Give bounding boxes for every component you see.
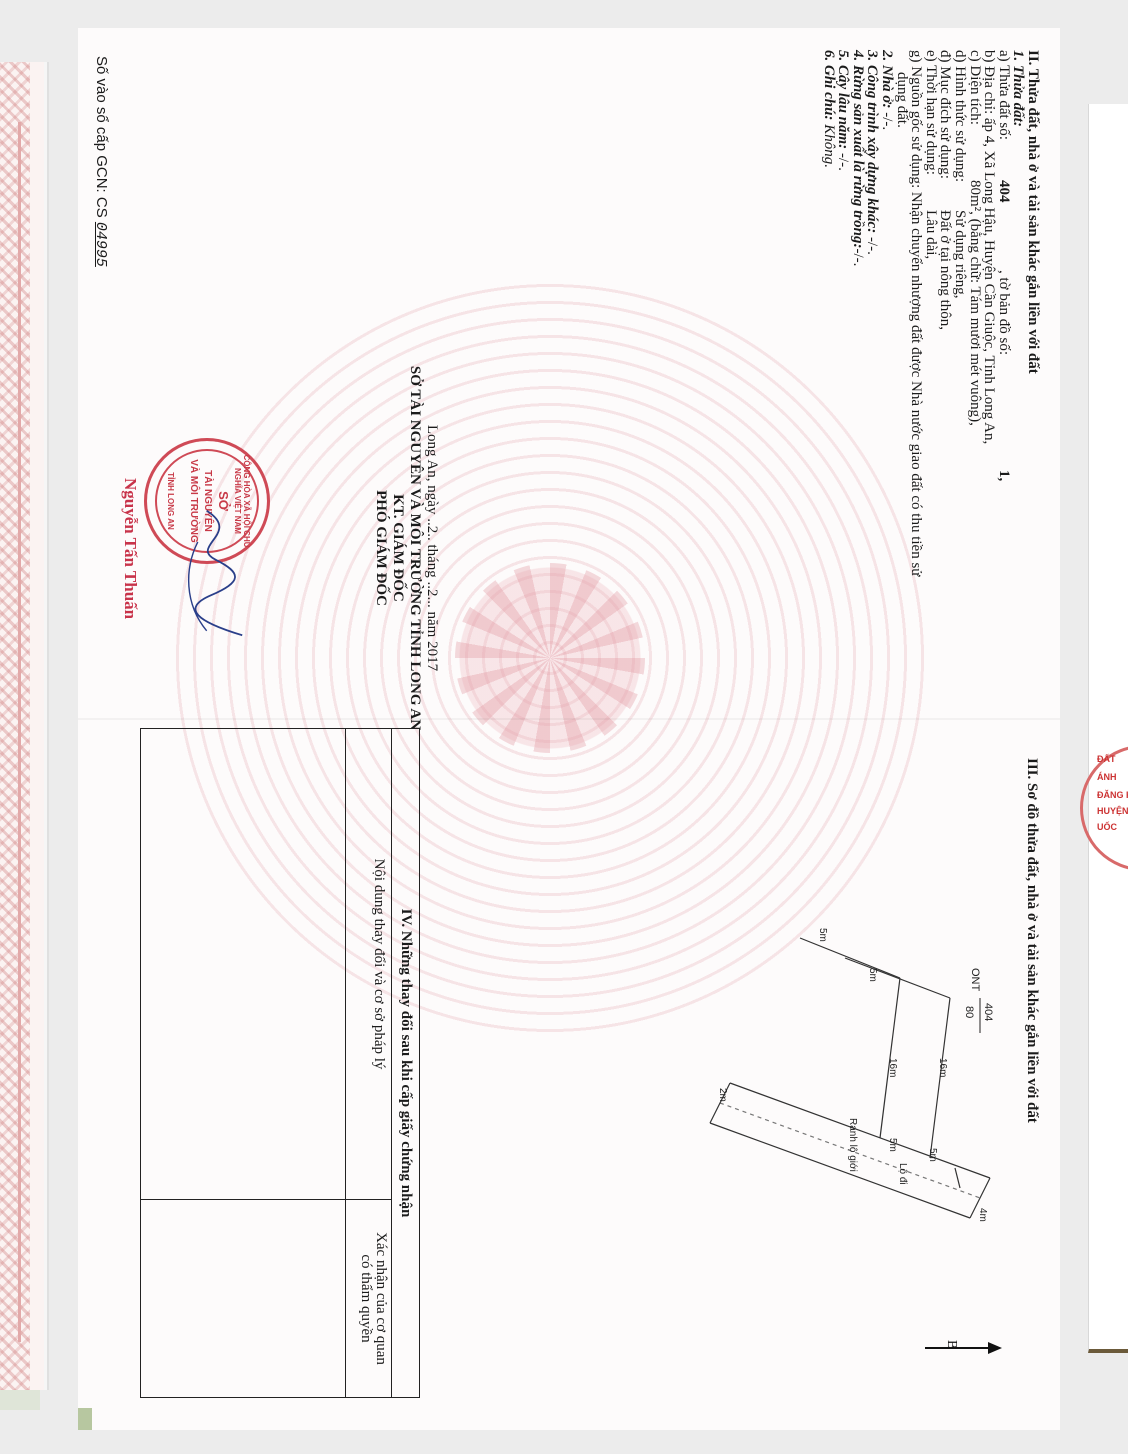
notes-row: 6. Ghi chú: Không.: [821, 50, 836, 710]
purpose-row: đ) Mục đích sử dụng:Đất ở tại nông thôn,: [938, 50, 953, 710]
changes-cell: [141, 729, 346, 1200]
dim-label: 4m: [977, 1208, 988, 1222]
parcel-diagram: Ranh lộ giới Lộ đi 4m 5m 5m 16m 16m 5m 5…: [590, 748, 1010, 1388]
changes-table: IV. Những thay đổi sau khi cấp giấy chứn…: [140, 728, 420, 1398]
adjacent-certificate-border: [0, 62, 47, 1390]
signature-block: Long An, ngày ..2.. tháng ..2... năm 201…: [372, 308, 440, 788]
dim-label: 16m: [887, 1058, 898, 1077]
canal-label: Ranh lộ giới: [847, 1118, 858, 1172]
decorative-pattern: [0, 62, 30, 1390]
registry-number: Số vào sổ cấp GCN: CS 04995: [92, 56, 110, 267]
house-value: -/-.: [879, 112, 895, 130]
land-type-label: ONT: [969, 968, 981, 992]
handwritten-signature: [180, 498, 260, 648]
purpose-label: đ) Mục đích sử dụng:: [938, 50, 953, 210]
perennial-label: 5. Cây lâu năm:: [835, 50, 851, 149]
page-fold: [78, 718, 1060, 720]
stamp-line: UỐC: [1097, 822, 1117, 832]
map-label: , tờ bản đồ số:: [996, 270, 1011, 470]
usage-form-value: Sử dụng riêng,: [952, 210, 968, 299]
works-row: 3. Công trình xây dựng khác: -/-.: [865, 50, 880, 710]
area-label: c) Diện tích:: [967, 50, 982, 180]
certificate-page: II. Thửa đất, nhà ở và tài sản khác gắn …: [78, 28, 1060, 1430]
stamp-line: ÁNH: [1097, 772, 1117, 782]
origin-cont: dụng đất.: [894, 50, 909, 710]
forest-label: 4. Rừng sản xuất là rừng trồng:: [850, 50, 866, 248]
col-confirmation: Xác nhận của cơ quan có thẩm quyền: [346, 1200, 392, 1398]
dim-label: 16m: [937, 1058, 948, 1077]
term-label: e) Thời hạn sử dụng:: [923, 50, 938, 210]
perennial-value: -/-.: [835, 153, 851, 171]
signer-name: Nguyễn Tấn Thuấn: [120, 478, 140, 619]
area-label: 80: [963, 1006, 975, 1018]
certificate-content: II. Thửa đất, nhà ở và tài sản khác gắn …: [78, 28, 1060, 1430]
stamp-line: ĐẤT: [1097, 754, 1116, 764]
works-label: 3. Công trình xây dựng khác:: [864, 50, 880, 233]
dim-label: 5m: [887, 1138, 898, 1152]
section-ii-title: II. Thửa đất, nhà ở và tài sản khác gắn …: [1025, 50, 1040, 710]
seal-bottom-text: TỈNH LONG AN: [166, 441, 175, 561]
area-value: 80m², (bằng chữ: Tám mươi mét vuông),: [967, 180, 983, 426]
signer-position: PHÓ GIÁM ĐỐC: [372, 308, 389, 788]
place-date: Long An, ngày ..2.. tháng ..2... năm 201…: [423, 308, 440, 788]
term-value: Lâu dài,: [923, 210, 939, 259]
strip-foot: [0, 1390, 40, 1410]
parcel-number: 404: [996, 180, 1011, 270]
border-rule: [18, 122, 21, 1342]
section-land-info: II. Thửa đất, nhà ở và tài sản khác gắn …: [821, 50, 1040, 710]
forest-value: -/-.: [850, 248, 866, 266]
compass-label: B: [944, 1340, 959, 1349]
dim-label: 2m: [717, 1088, 728, 1102]
col-confirmation-line2: có thẩm quyền: [358, 1200, 373, 1397]
term-row: e) Thời hạn sử dụng:Lâu dài,: [923, 50, 938, 710]
adjacent-page: [1088, 104, 1128, 1353]
dim-label: 5m: [867, 968, 878, 982]
section-iii-title: III. Sơ đồ thửa đất, nhà ở và tài sản kh…: [1023, 758, 1040, 1123]
issuing-organization: SỞ TÀI NGUYÊN VÀ MÔI TRƯỜNG TỈNH LONG AN: [406, 308, 423, 788]
north-arrow-icon: B: [920, 1318, 1010, 1378]
origin-label: g) Nguồn gốc sử dụng:: [908, 50, 924, 188]
registry-value: 04995: [92, 222, 109, 267]
registry-label: Số vào sổ cấp GCN: CS: [93, 56, 110, 218]
on-behalf-label: KT. GIÁM ĐỐC: [389, 308, 406, 788]
parcel-row: a) Thửa đất số:404, tờ bản đồ số:1,: [996, 50, 1011, 710]
works-value: -/-.: [864, 237, 880, 255]
stamp-line: ĐĂNG KÝ: [1097, 790, 1128, 800]
col-changes: Nội dung thay đổi và cơ sở pháp lý: [346, 729, 392, 1200]
watermark-star: [455, 563, 645, 753]
dim-label: 5m: [927, 1148, 938, 1162]
parcel-no-label: 404: [982, 1003, 994, 1021]
origin-row: g) Nguồn gốc sử dụng: Nhận chuyển nhượng…: [909, 50, 924, 710]
usage-form-label: d) Hình thức sử dụng:: [952, 50, 967, 210]
notes-label: 6. Ghi chú:: [821, 50, 837, 120]
origin-value: Nhận chuyển nhượng đất được Nhà nước gia…: [908, 192, 924, 577]
dim-label: 5m: [817, 928, 828, 942]
usage-form-row: d) Hình thức sử dụng:Sử dụng riêng,: [952, 50, 967, 710]
address-row: b) Địa chỉ: ấp 4, Xã Long Hậu, Huyện Cần…: [982, 50, 997, 710]
forest-row: 4. Rừng sản xuất là rừng trồng:-/-.: [850, 50, 865, 710]
map-number: 1,: [996, 470, 1012, 481]
house-row: 2. Nhà ở: -/-.: [879, 50, 894, 710]
confirmation-cell: [141, 1200, 346, 1398]
page-edge: [78, 1408, 92, 1430]
parcel-label: a) Thửa đất số:: [996, 50, 1011, 180]
land-heading: 1. Thửa đất:: [1011, 50, 1026, 710]
section-iv-title: IV. Những thay đổi sau khi cấp giấy chứn…: [392, 729, 420, 1398]
notes-value: Không.: [821, 124, 837, 168]
house-label: 2. Nhà ở:: [879, 50, 895, 108]
col-confirmation-line1: Xác nhận của cơ quan: [373, 1200, 388, 1397]
purpose-value: Đất ở tại nông thôn,: [937, 210, 953, 330]
stamp-line: HUYỆN: [1097, 806, 1128, 816]
area-row: c) Diện tích:80m², (bằng chữ: Tám mươi m…: [967, 50, 982, 710]
road-label: Lộ đi: [897, 1163, 908, 1185]
perennial-row: 5. Cây lâu năm: -/-.: [836, 50, 851, 710]
